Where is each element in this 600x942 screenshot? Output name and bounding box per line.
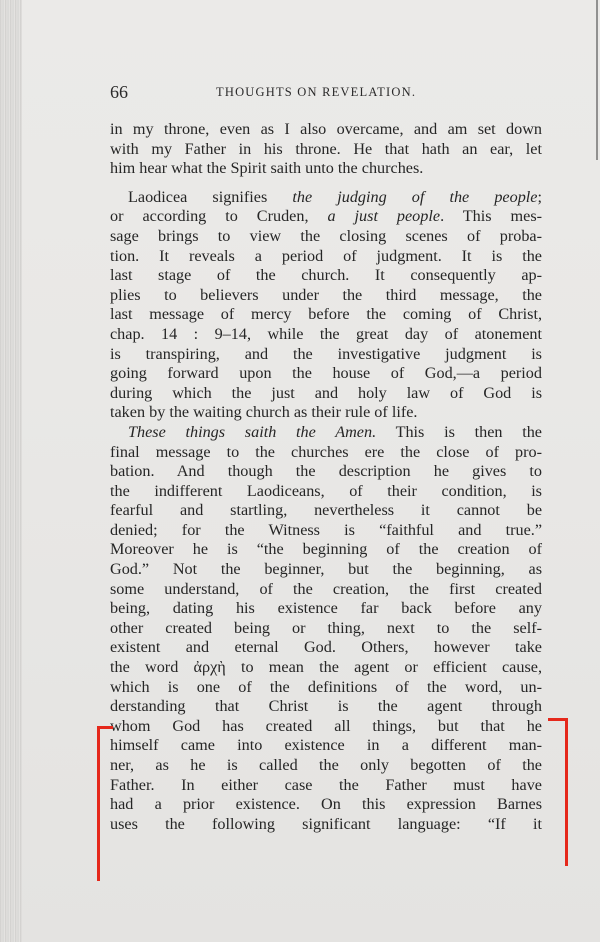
text-line-highlighted: uses the following significant language:…: [110, 815, 542, 835]
text-line: Moreover he is “the beginning of the cre…: [110, 540, 542, 560]
text-line: bation. And though the description he gi…: [110, 462, 542, 482]
text-line-highlighted: himself came into existence in a differe…: [110, 736, 542, 756]
italic-phrase: a just people: [327, 207, 440, 225]
page-number: 66: [110, 82, 128, 103]
text-line: some understand, of the creation, the fi…: [110, 580, 542, 600]
book-page: 66 THOUGHTS ON REVELATION. in my throne,…: [0, 0, 600, 942]
text-line: last stage of the church. It consequentl…: [110, 266, 542, 286]
left-bracket-vertical: [97, 726, 100, 881]
text-line: final message to the churches ere the cl…: [110, 443, 542, 463]
text-line: God.” Not the beginner, but the beginnin…: [110, 560, 542, 580]
text-line: is transpiring, and the investigative ju…: [110, 345, 542, 365]
italic-phrase: the judging of the people: [292, 188, 537, 206]
text-span: Laodicea signifies the judging of the pe…: [128, 188, 542, 206]
text-line-highlighted: whom God has created all things, but tha…: [110, 717, 542, 737]
page-body: in my throne, even as I also overcame, a…: [110, 120, 542, 834]
page-edge-shadow: [596, 0, 598, 160]
text-line: which is one of the definitions of the w…: [110, 678, 542, 698]
text-line: other created being or thing, next to th…: [110, 619, 542, 639]
text-line-highlighted: had a prior existence. On this expressio…: [110, 795, 542, 815]
text-line: tion. It reveals a period of judgment. I…: [110, 247, 542, 267]
text-line: during which the just and holy law of Go…: [110, 384, 542, 404]
text-line-highlighted: Father. In either case the Father must h…: [110, 776, 542, 796]
italic-phrase: These things saith the Amen.: [128, 423, 376, 441]
text-line-highlighted: ner, as he is called the only begotten o…: [110, 756, 542, 776]
book-gutter: [0, 0, 22, 942]
text-line: the indifferent Laodiceans, of their con…: [110, 482, 542, 502]
text-line: fearful and startling, nevertheless it c…: [110, 501, 542, 521]
text-line: being, dating his existence far back bef…: [110, 599, 542, 619]
text-line: denied; for the Witness is “faithful and…: [110, 521, 542, 541]
text-line: going forward upon the house of God,—a p…: [110, 364, 542, 384]
text-line: with my Father in his throne. He that ha…: [110, 140, 542, 160]
text-line: existent and eternal God. Others, howeve…: [110, 638, 542, 658]
text-line: or according to Cruden, a just people. T…: [110, 207, 542, 227]
text-line: plies to believers under the third messa…: [110, 286, 542, 306]
text-line-highlighted: derstanding that Christ is the agent thr…: [110, 697, 542, 717]
text-line: sage brings to view the closing scenes o…: [110, 227, 542, 247]
right-bracket-vertical: [565, 718, 568, 866]
text-line: in my throne, even as I also overcame, a…: [110, 120, 542, 140]
text-line: the word ἀρχὴ to mean the agent or effic…: [110, 658, 542, 678]
text-line: last message of mercy before the coming …: [110, 305, 542, 325]
running-title: THOUGHTS ON REVELATION.: [216, 85, 416, 100]
text-line-italic-mixed: Laodicea signifies the judging of the pe…: [110, 188, 542, 208]
page-header: 66 THOUGHTS ON REVELATION.: [110, 82, 542, 102]
text-line: chap. 14 : 9–14, while the great day of …: [110, 325, 542, 345]
text-line: him hear what the Spirit saith unto the …: [110, 159, 542, 179]
text-line: taken by the waiting church as their rul…: [110, 403, 542, 423]
text-line: These things saith the Amen. This is the…: [110, 423, 542, 443]
